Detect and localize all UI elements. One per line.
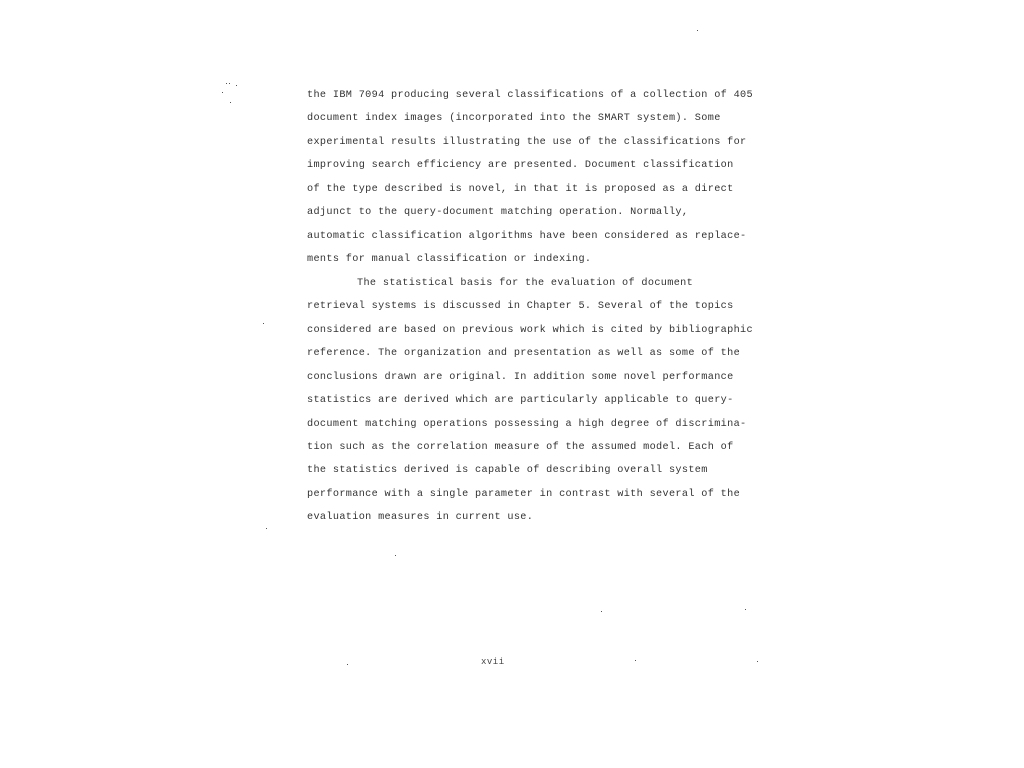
text-line: conclusions drawn are original. In addit… <box>307 372 734 384</box>
text-line: automatic classification algorithms have… <box>307 231 747 243</box>
scan-speck <box>266 528 267 529</box>
page-number: xvii <box>481 657 505 667</box>
text-line: The statistical basis for the evaluation… <box>357 278 693 290</box>
scan-speck <box>236 85 237 86</box>
text-line: of the type described is novel, in that … <box>307 184 734 196</box>
text-line: ments for manual classification or index… <box>307 254 591 266</box>
text-line: tion such as the correlation measure of … <box>307 442 734 454</box>
scan-speck <box>226 83 227 84</box>
text-line: experimental results illustrating the us… <box>307 137 747 149</box>
scan-speck <box>395 555 396 556</box>
text-line: evaluation measures in current use. <box>307 512 533 524</box>
text-line: improving search efficiency are presente… <box>307 160 734 172</box>
text-line: reference. The organization and presenta… <box>307 348 740 360</box>
text-line: considered are based on previous work wh… <box>307 325 753 337</box>
text-line: document matching operations possessing … <box>307 419 747 431</box>
text-line: document index images (incorporated into… <box>307 113 721 125</box>
scan-speck <box>263 323 264 324</box>
text-line: the IBM 7094 producing several classific… <box>307 90 753 102</box>
text-line: adjunct to the query-document matching o… <box>307 207 688 219</box>
scan-speck <box>745 609 746 610</box>
scan-speck <box>697 30 698 31</box>
scan-speck <box>222 92 223 93</box>
scan-speck <box>230 102 231 103</box>
scanned-document-page: the IBM 7094 producing several classific… <box>0 0 1024 768</box>
scan-speck <box>601 611 602 612</box>
text-line: the statistics derived is capable of des… <box>307 465 708 477</box>
text-line: retrieval systems is discussed in Chapte… <box>307 301 734 313</box>
text-line: statistics are derived which are particu… <box>307 395 734 407</box>
scan-speck <box>347 664 348 665</box>
scan-speck <box>653 213 654 214</box>
text-line: performance with a single parameter in c… <box>307 489 740 501</box>
scan-speck <box>757 661 758 662</box>
scan-speck <box>229 83 230 84</box>
scan-speck <box>635 660 636 661</box>
